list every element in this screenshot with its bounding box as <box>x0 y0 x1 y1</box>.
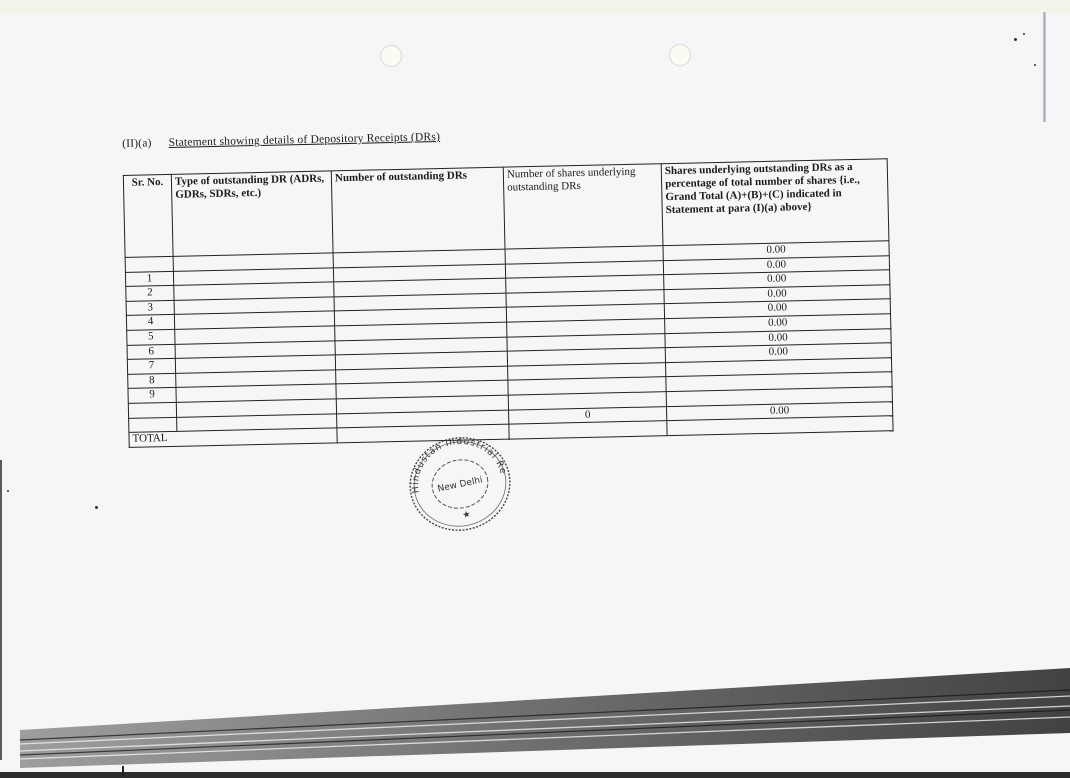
cell-sr-no <box>129 417 177 433</box>
speck <box>1023 33 1025 35</box>
cell-sr-no: 1 <box>125 271 173 287</box>
punch-hole-left <box>380 45 402 67</box>
scan-top-edge <box>0 0 1070 14</box>
section-title: Statement showing details of Depository … <box>169 131 441 149</box>
header-percentage: Shares underlying outstanding DRs as a p… <box>661 159 889 246</box>
stamp-center-text: New Delhi <box>437 475 484 494</box>
company-seal-stamp: Hindustan Industrial Resources Limited N… <box>395 423 525 544</box>
cell-sr-no: 4 <box>126 315 174 331</box>
header-shares-underlying: Number of shares underlying outstanding … <box>503 164 663 249</box>
header-type-of-dr: Type of outstanding DR (ADRs, GDRs, SDRs… <box>171 171 333 256</box>
cell-sr-no <box>125 256 173 272</box>
header-sr-no: Sr. No. <box>123 174 173 257</box>
total-label: TOTAL <box>129 428 337 447</box>
cell-sr-no: 3 <box>126 300 174 316</box>
section-heading: (II)(a) Statement showing details of Dep… <box>122 121 900 150</box>
speck <box>1034 64 1036 66</box>
header-number-of-drs: Number of outstanding DRs <box>331 167 505 253</box>
depository-receipts-table: Sr. No. Type of outstanding DR (ADRs, GD… <box>123 158 894 447</box>
cell-sr-no <box>128 402 176 418</box>
cell-sr-no: 6 <box>127 344 175 360</box>
document-content: (II)(a) Statement showing details of Dep… <box>120 121 900 150</box>
cell-sr-no: 7 <box>127 359 175 375</box>
total-shares <box>509 421 667 439</box>
scan-right-edge-shadow <box>1043 12 1046 122</box>
speck <box>95 506 98 509</box>
cell-sr-no: 5 <box>127 329 175 345</box>
cell-sr-no: 8 <box>128 373 176 389</box>
punch-hole-right <box>669 44 691 66</box>
scanned-page: (II)(a) Statement showing details of Dep… <box>0 0 1070 778</box>
cell-sr-no: 9 <box>128 388 176 404</box>
star-icon: ★ <box>462 510 472 521</box>
scan-left-edge-shadow <box>0 460 2 760</box>
section-number: (II)(a) <box>122 137 152 150</box>
speck <box>7 490 9 492</box>
speck <box>1014 38 1017 41</box>
cell-sr-no: 2 <box>126 286 174 302</box>
